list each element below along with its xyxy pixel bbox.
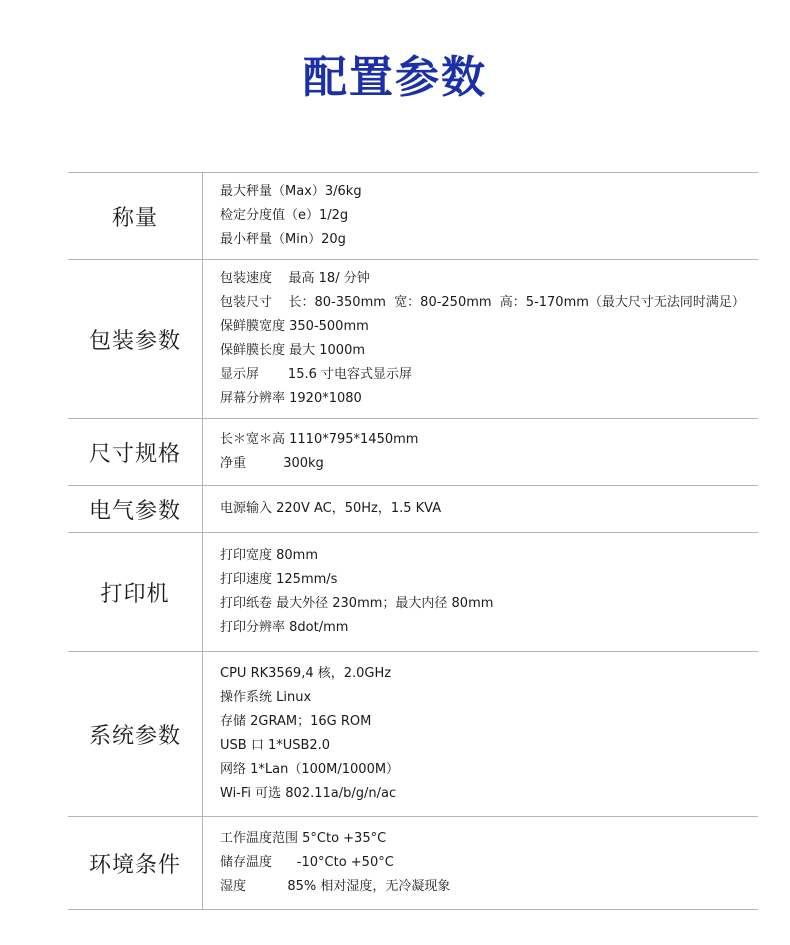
spec-values: 包装速度 最高 18/ 分钟包装尺寸 长：80-350mm 宽：80-250mm… [203, 260, 758, 418]
spec-line: 最大秤量（Max）3/6kg [220, 180, 758, 204]
spec-line: 存储 2GRAM；16G ROM [220, 710, 758, 734]
spec-row: 尺寸规格长＊宽＊高 1110*795*1450mm净重 300kg [68, 419, 758, 486]
spec-line: 长＊宽＊高 1110*795*1450mm [220, 428, 758, 452]
spec-values: CPU RK3569,4 核，2.0GHz操作系统 Linux存储 2GRAM；… [203, 652, 758, 816]
spec-values: 电源输入 220V AC，50Hz，1.5 KVA [203, 486, 758, 532]
spec-values: 打印宽度 80mm打印速度 125mm/s打印纸卷 最大外径 230mm；最大内… [203, 533, 758, 651]
spec-line: 显示屏 15.6 寸电容式显示屏 [220, 363, 758, 387]
spec-category: 打印机 [68, 533, 203, 651]
spec-line: 打印分辨率 8dot/mm [220, 616, 758, 640]
spec-line: 屏幕分辨率 1920*1080 [220, 387, 758, 411]
spec-line: 湿度 85% 相对湿度，无冷凝现象 [220, 875, 758, 899]
spec-category: 尺寸规格 [68, 419, 203, 485]
spec-table: 称量最大秤量（Max）3/6kg检定分度值（e）1/2g最小秤量（Min）20g… [68, 172, 758, 910]
spec-line: 包装尺寸 长：80-350mm 宽：80-250mm 高：5-170mm（最大尺… [220, 291, 758, 315]
spec-row: 系统参数CPU RK3569,4 核，2.0GHz操作系统 Linux存储 2G… [68, 652, 758, 817]
spec-line: 保鲜膜长度 最大 1000m [220, 339, 758, 363]
spec-line: USB 口 1*USB2.0 [220, 734, 758, 758]
spec-line: CPU RK3569,4 核，2.0GHz [220, 662, 758, 686]
spec-values: 工作温度范围 5°Cto +35°C储存温度 -10°Cto +50°C湿度 8… [203, 817, 758, 909]
spec-line: 最小秤量（Min）20g [220, 228, 758, 252]
spec-values: 长＊宽＊高 1110*795*1450mm净重 300kg [203, 419, 758, 485]
spec-line: 包装速度 最高 18/ 分钟 [220, 267, 758, 291]
spec-line: 保鲜膜宽度 350-500mm [220, 315, 758, 339]
spec-line: 检定分度值（e）1/2g [220, 204, 758, 228]
spec-line: 电源输入 220V AC，50Hz，1.5 KVA [220, 497, 758, 521]
spec-line: 打印宽度 80mm [220, 544, 758, 568]
spec-category: 称量 [68, 173, 203, 259]
spec-category: 包装参数 [68, 260, 203, 418]
spec-category: 电气参数 [68, 486, 203, 532]
spec-row: 环境条件工作温度范围 5°Cto +35°C储存温度 -10°Cto +50°C… [68, 817, 758, 910]
spec-line: 网络 1*Lan（100M/1000M） [220, 758, 758, 782]
spec-row: 包装参数包装速度 最高 18/ 分钟包装尺寸 长：80-350mm 宽：80-2… [68, 260, 758, 419]
spec-line: 打印纸卷 最大外径 230mm；最大内径 80mm [220, 592, 758, 616]
spec-line: Wi-Fi 可选 802.11a/b/g/n/ac [220, 782, 758, 806]
spec-values: 最大秤量（Max）3/6kg检定分度值（e）1/2g最小秤量（Min）20g [203, 173, 758, 259]
spec-line: 储存温度 -10°Cto +50°C [220, 851, 758, 875]
spec-row: 称量最大秤量（Max）3/6kg检定分度值（e）1/2g最小秤量（Min）20g [68, 173, 758, 260]
spec-category: 系统参数 [68, 652, 203, 816]
spec-row: 打印机打印宽度 80mm打印速度 125mm/s打印纸卷 最大外径 230mm；… [68, 533, 758, 652]
spec-category: 环境条件 [68, 817, 203, 909]
spec-line: 操作系统 Linux [220, 686, 758, 710]
spec-line: 净重 300kg [220, 452, 758, 476]
spec-line: 工作温度范围 5°Cto +35°C [220, 827, 758, 851]
page-title: 配置参数 [0, 48, 790, 108]
spec-line: 打印速度 125mm/s [220, 568, 758, 592]
spec-row: 电气参数电源输入 220V AC，50Hz，1.5 KVA [68, 486, 758, 533]
